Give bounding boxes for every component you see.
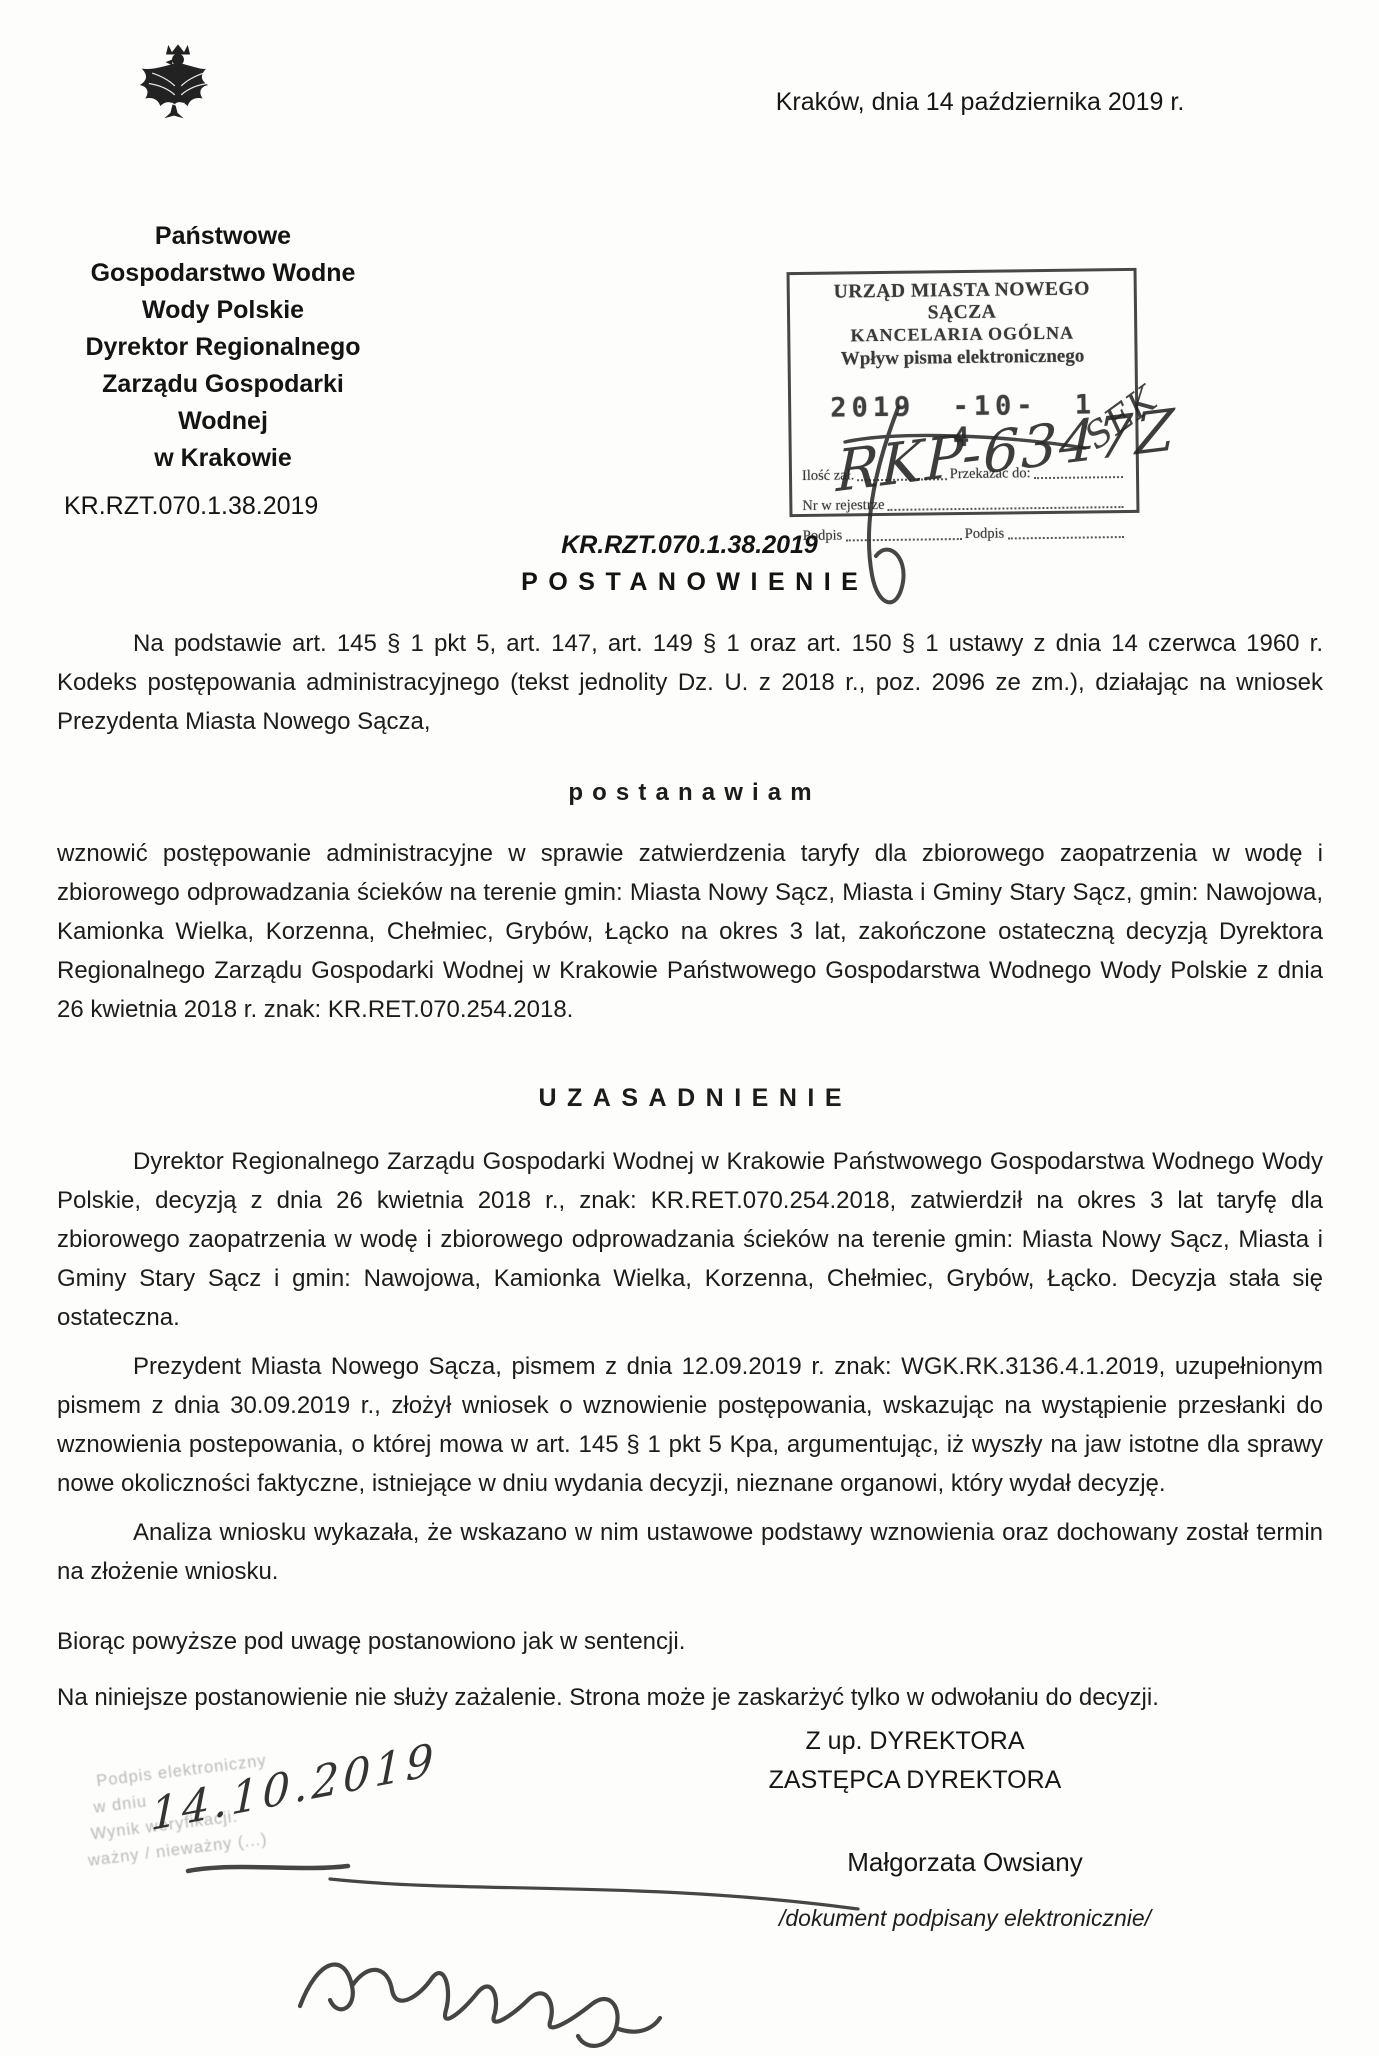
paragraph-justification-2: Prezydent Miasta Nowego Sącza, pismem z …	[57, 1347, 1323, 1503]
paragraph-justification-3: Analiza wniosku wykazała, że wskazano w …	[57, 1513, 1323, 1591]
sender-line: Wody Polskie	[45, 292, 401, 329]
signature-scrawl	[616, 2018, 660, 2032]
paragraph-justification-1: Dyrektor Regionalnego Zarządu Gospodarki…	[57, 1142, 1323, 1337]
eagle-crown	[166, 44, 190, 54]
case-number-center: KR.RZT.070.1.38.2019	[0, 531, 1379, 560]
dotted-fill-line	[887, 496, 1123, 511]
strike-line	[188, 1866, 348, 1871]
sender-line: Wodnej	[45, 403, 401, 440]
sender-line: Państwowe	[45, 218, 401, 255]
heading-postanawiam: postanawiam	[57, 778, 1323, 808]
signer-name: Małgorzata Owsiany	[745, 1847, 1185, 1878]
signer-function-line: ZASTĘPCA DYREKTORA	[715, 1761, 1115, 1800]
scanned-document-page: Kraków, dnia 14 października 2019 r. Pań…	[0, 0, 1379, 2056]
sender-authority-block: Państwowe Gospodarstwo Wodne Wody Polski…	[45, 218, 401, 477]
paragraph-appeal-notice: Na niniejsze postanowienie nie służy zaż…	[57, 1678, 1323, 1717]
signature-scrawl	[300, 1964, 618, 2045]
paragraph-decision: wznowić postępowanie administracyjne w s…	[57, 834, 1323, 1029]
place-and-date: Kraków, dnia 14 października 2019 r.	[700, 88, 1260, 117]
document-title: POSTANOWIENIE	[0, 568, 1379, 597]
paragraph-legal-basis: Na podstawie art. 145 § 1 pkt 5, art. 14…	[57, 624, 1323, 741]
stamp-office-name: URZĄD MIASTA NOWEGO SĄCZA	[800, 278, 1125, 326]
stamp-office-unit: KANCELARIA OGÓLNA	[800, 322, 1124, 347]
paragraph-conclusion: Biorąc powyższe pod uwagę postanowiono j…	[57, 1622, 1323, 1661]
case-number-left: KR.RZT.070.1.38.2019	[64, 492, 318, 521]
stamp-receipt-type: Wpływ pisma elektronicznego	[800, 345, 1124, 371]
eagle-beak	[166, 59, 173, 65]
sender-line: Gospodarstwo Wodne	[45, 255, 401, 292]
sender-line: Zarządu Gospodarki	[45, 366, 401, 403]
heading-uzasadnienie: UZASADNIENIE	[57, 1083, 1323, 1113]
electronic-signature-note: /dokument podpisany elektronicznie/	[715, 1905, 1215, 1932]
signer-function-line: Z up. DYREKTORA	[715, 1722, 1115, 1761]
signer-function-block: Z up. DYREKTORA ZASTĘPCA DYREKTORA	[715, 1722, 1115, 1800]
polish-eagle-emblem	[128, 40, 228, 140]
sender-line: Dyrektor Regionalnego	[45, 329, 401, 366]
document-body: Na podstawie art. 145 § 1 pkt 5, art. 14…	[57, 624, 1323, 1717]
sender-line: w Krakowie	[45, 440, 401, 477]
